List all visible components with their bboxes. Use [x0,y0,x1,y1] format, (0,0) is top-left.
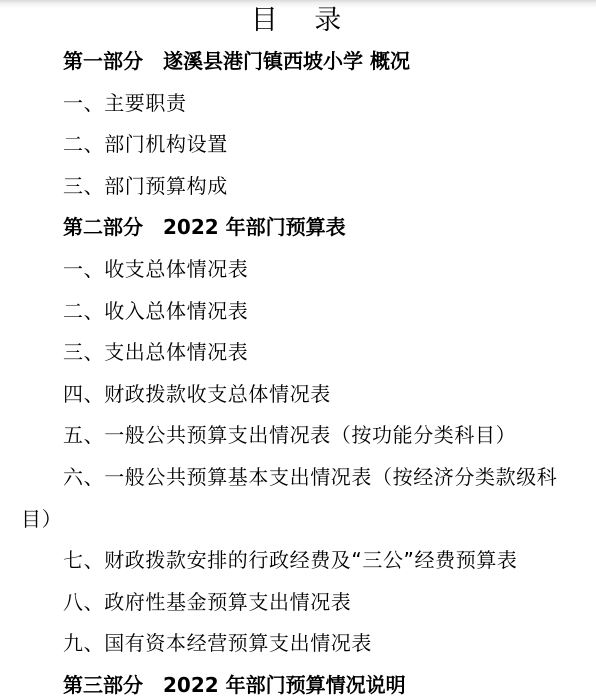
toc-title: 目 录 [0,2,596,40]
toc-item: 九、国有资本经营预算支出情况表 [21,623,581,665]
toc-item: 一、主要职责 [21,83,581,125]
toc-item: 四、财政拨款收支总体情况表 [21,374,581,416]
part-title: 遂溪县港门镇西坡小学 概况 [163,49,410,73]
toc-item: 二、部门机构设置 [21,124,581,166]
toc-part-2: 第二部分2022 年部门预算表 [21,207,581,249]
part-label: 第三部分 [63,673,143,697]
toc-item: 六、一般公共预算基本支出情况表（按经济分类款级科目） [21,457,581,540]
toc-item: 七、财政拨款安排的行政经费及“三公”经费预算表 [21,540,581,582]
part-title: 2022 年部门预算情况说明 [163,673,406,697]
toc-item: 五、一般公共预算支出情况表（按功能分类科目） [21,415,581,457]
part-label: 第二部分 [63,215,143,239]
toc-item: 三、支出总体情况表 [21,332,581,374]
toc-item: 一、收支总体情况表 [21,249,581,291]
document-page: 目 录 第一部分遂溪县港门镇西坡小学 概况 一、主要职责 二、部门机构设置 三、… [0,0,596,699]
toc-item: 八、政府性基金预算支出情况表 [21,582,581,624]
toc-part-3: 第三部分2022 年部门预算情况说明 [21,665,581,699]
toc-item: 三、部门预算构成 [21,166,581,208]
toc-part-1: 第一部分遂溪县港门镇西坡小学 概况 [21,41,581,83]
table-of-contents: 第一部分遂溪县港门镇西坡小学 概况 一、主要职责 二、部门机构设置 三、部门预算… [21,41,581,699]
toc-item: 二、收入总体情况表 [21,291,581,333]
part-title: 2022 年部门预算表 [163,215,346,239]
part-label: 第一部分 [63,49,143,73]
